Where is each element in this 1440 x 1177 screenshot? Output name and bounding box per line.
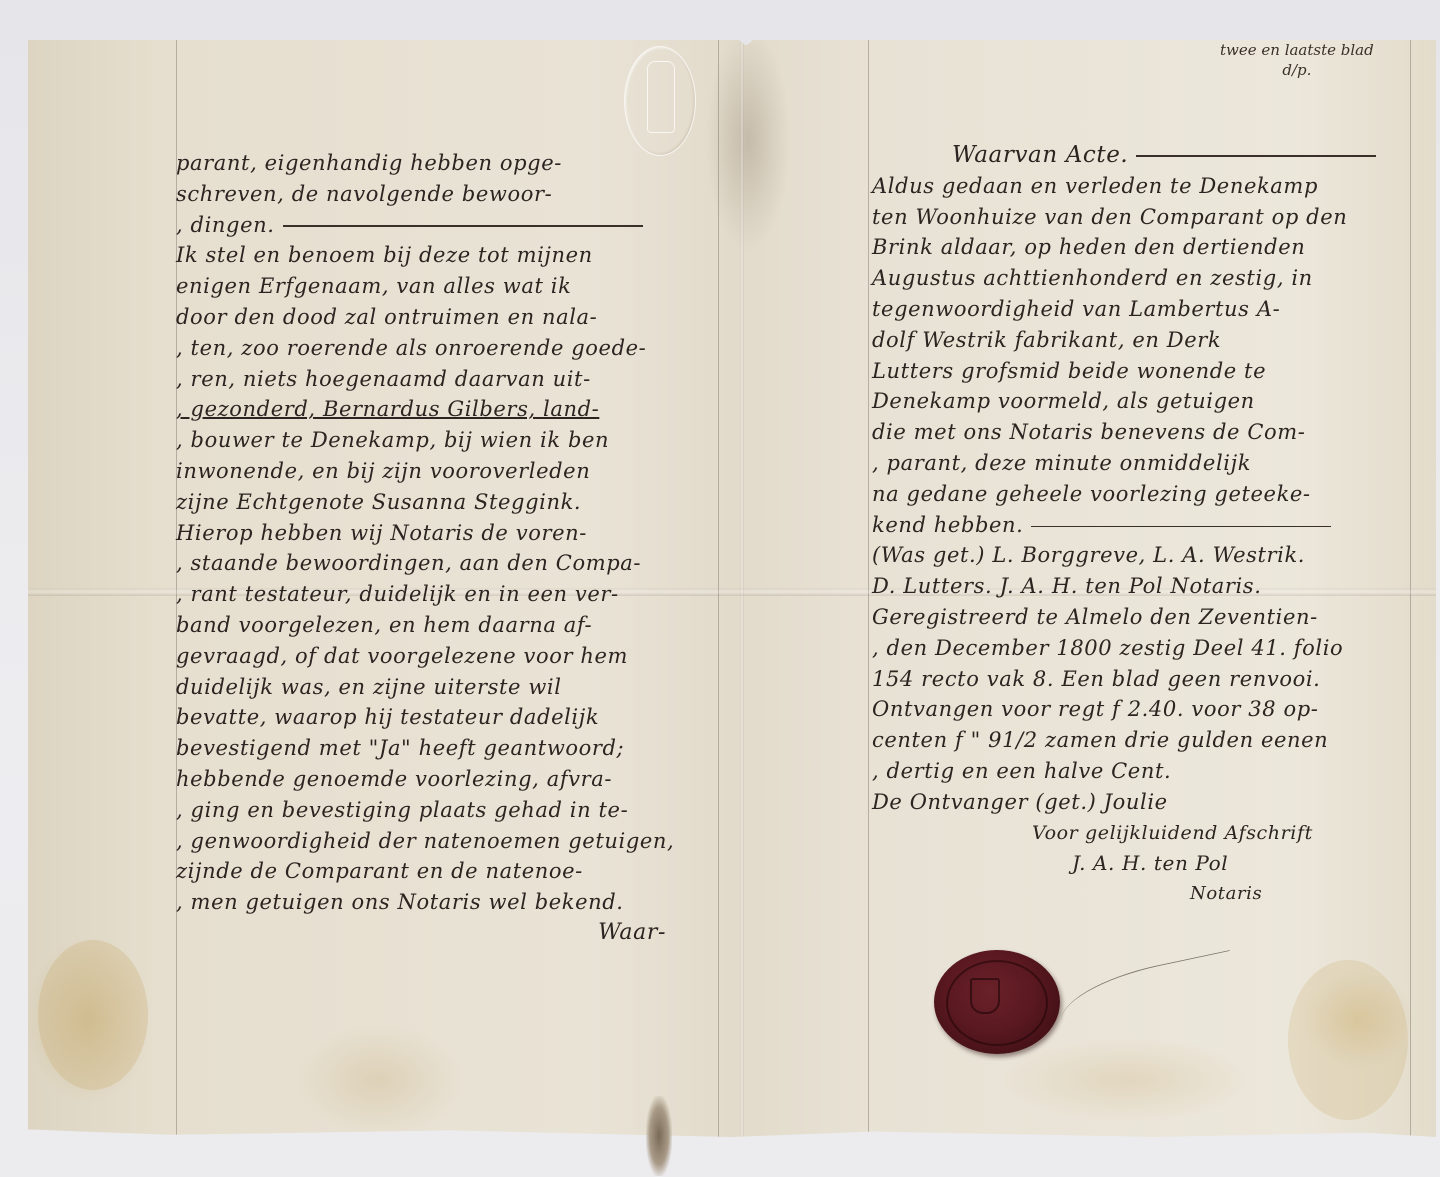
ink-rule [1031, 526, 1331, 527]
water-stain [38, 940, 148, 1090]
text-line: , genwoordigheid der natenoemen getuigen… [176, 826, 696, 857]
text-line: tegenwoordigheid van Lambertus A- [872, 294, 1392, 325]
deed-heading: Waarvan Acte. [872, 140, 1392, 171]
text-line: , bouwer te Denekamp, bij wien ik ben [176, 425, 696, 456]
text-line: Ik stel en benoem bij deze tot mijnen [176, 240, 696, 271]
registration-line: Geregistreerd te Almelo den Zeventien- [872, 602, 1392, 633]
text-line: band voorgelezen, en hem daarna af- [176, 610, 696, 641]
text-line-heir-name: , gezonderd, Bernardus Gilbers, land- [176, 394, 696, 425]
text-line: Aldus gedaan en verleden te Denekamp [872, 171, 1392, 202]
text-line: , ren, niets hoegenaamd daarvan uit- [176, 364, 696, 395]
fee-line: centen f " 91/2 zamen drie gulden eenen [872, 725, 1392, 756]
registration-line: 154 recto vak 8. Een blad geen renvooi. [872, 664, 1392, 695]
text-line: die met ons Notaris benevens de Com- [872, 417, 1392, 448]
ink-rule [283, 225, 643, 227]
page-note: twee en laatste blad d/p. [1220, 40, 1374, 80]
text-line: gevraagd, of dat voorgelezene voor hem [176, 641, 696, 672]
text-line: hebbende genoemde voorlezing, afvra- [176, 764, 696, 795]
text-line: Hierop hebben wij Notaris de voren- [176, 518, 696, 549]
registration-line: , den December 1800 zestig Deel 41. foli… [872, 633, 1392, 664]
text-line: zijne Echtgenote Susanna Steggink. [176, 487, 696, 518]
text-line: enigen Erfgenaam, van alles wat ik [176, 271, 696, 302]
certification-line: Voor gelijkluidend Afschrift [872, 818, 1392, 849]
text-line: , men getuigen ons Notaris wel bekend. [176, 887, 696, 918]
text-line: ten Woonhuize van den Comparant op den [872, 202, 1392, 233]
text-line: na gedane geheele voorlezing geteeke- [872, 479, 1392, 510]
notary-title: Notaris [872, 879, 1392, 910]
wax-seal-icon [934, 950, 1060, 1054]
text-line-content: , dingen. [176, 213, 275, 237]
text-line: Brink aldaar, op heden den dertienden [872, 232, 1392, 263]
text-line: dolf Westrik fabrikant, en Derk [872, 325, 1392, 356]
coat-of-arms-icon [970, 978, 1000, 1014]
text-line: , rant testateur, duidelijk en in een ve… [176, 579, 696, 610]
page-note-line: d/p. [1220, 60, 1374, 80]
fee-line: Ontvangen voor regt f 2.40. voor 38 op- [872, 694, 1392, 725]
embossed-stamp-icon [624, 46, 696, 156]
water-stain [1288, 960, 1408, 1120]
deed-heading-text: Waarvan Acte. [952, 142, 1128, 168]
text-line: , ging en bevestiging plaats gehad in te… [176, 795, 696, 826]
text-line: schreven, de navolgende bewoor- [176, 179, 696, 210]
text-line: parant, eigenhandig hebben opge- [176, 148, 696, 179]
text-line: , parant, deze minute onmiddelijk [872, 448, 1392, 479]
ink-rule [1136, 155, 1376, 157]
text-line: , ten, zoo roerende als onroerende goede… [176, 333, 696, 364]
text-line: duidelijk was, en zijne uiterste wil [176, 672, 696, 703]
text-line: Denekamp voormeld, als getuigen [872, 386, 1392, 417]
text-line: , staande bewoordingen, aan den Compa- [176, 548, 696, 579]
text-line: Lutters grofsmid beide wonende te [872, 356, 1392, 387]
catchword: Waar- [176, 918, 696, 949]
notary-signature: J. A. H. ten Pol [872, 848, 1392, 879]
text-line: inwonende, en bij zijn vooroverleden [176, 456, 696, 487]
page-note-line: twee en laatste blad [1220, 40, 1374, 60]
right-page-text: Waarvan Acte. Aldus gedaan en verleden t… [872, 140, 1392, 910]
text-line: , dingen. [176, 210, 696, 241]
signatures-line: (Was get.) L. Borggreve, L. A. Westrik. [872, 540, 1392, 571]
crown-emblem-icon [647, 61, 675, 133]
fee-line: , dertig en een halve Cent. [872, 756, 1392, 787]
text-line: zijnde de Comparant en de natenoe- [176, 856, 696, 887]
signatures-line: D. Lutters. J. A. H. ten Pol Notaris. [872, 571, 1392, 602]
left-page-text: parant, eigenhandig hebben opge- schreve… [176, 148, 696, 949]
receiver-signature: De Ontvanger (get.) Joulie [872, 787, 1392, 818]
text-line: kend hebben. [872, 510, 1392, 541]
text-line-content: kend hebben. [872, 513, 1023, 537]
text-line: bevatte, waarop hij testateur dadelijk [176, 702, 696, 733]
text-line: door den dood zal ontruimen en nala- [176, 302, 696, 333]
paper-tear [646, 1096, 672, 1176]
text-line: bevestigend met "Ja" heeft geantwoord; [176, 733, 696, 764]
text-line: Augustus achttienhonderd en zestig, in [872, 263, 1392, 294]
